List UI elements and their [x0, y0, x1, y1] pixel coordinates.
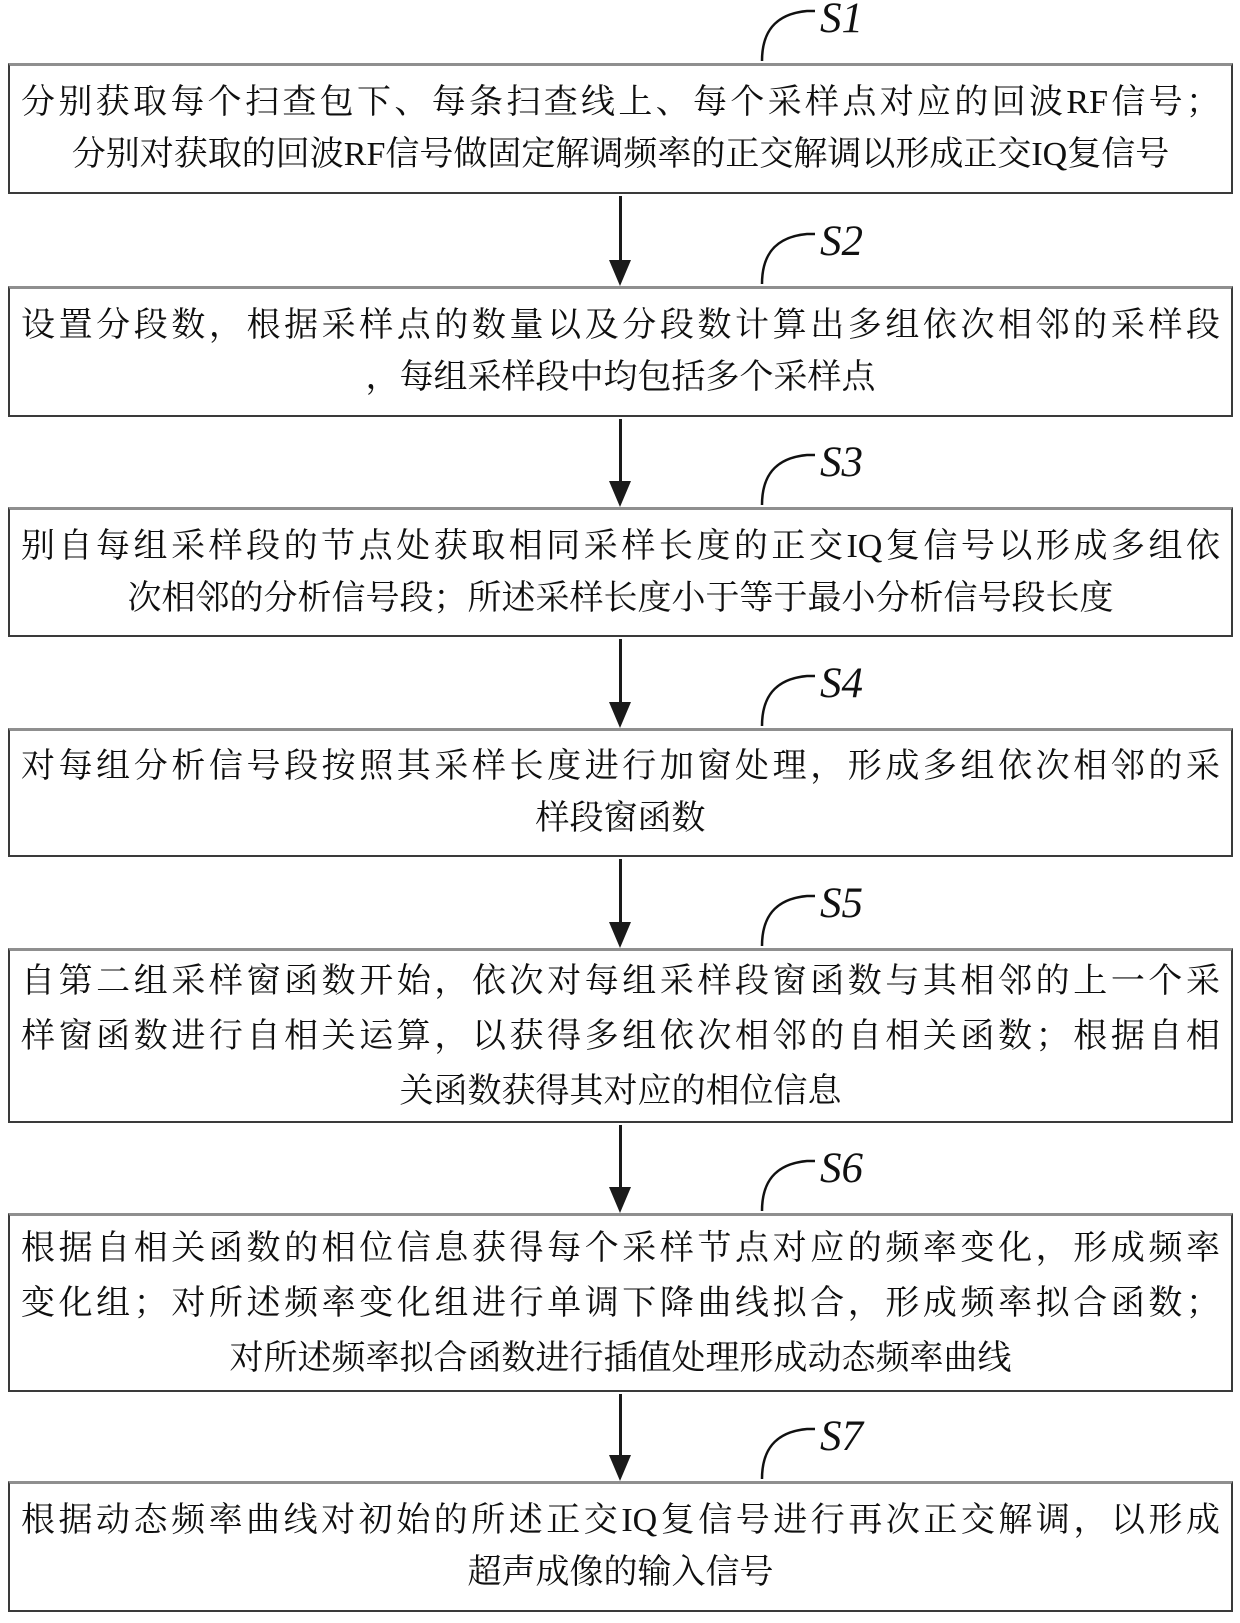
callout-s5: S5	[757, 890, 917, 948]
arrow-shaft	[619, 419, 622, 481]
arrow-shaft	[619, 859, 622, 922]
flow-arrow-s1-s2	[609, 196, 631, 286]
flow-box-s3-text: 别自每组采样段的节点处获取相同采样长度的正交IQ复信号以形成多组依次相邻的分析信…	[21, 521, 1220, 625]
callout-s7: S7	[757, 1423, 917, 1481]
flowchart-figure: S1 分别获取每个扫查包下、每条扫查线上、每个采样点对应的回波RF信号；分别对获…	[0, 0, 1240, 1623]
arrow-shaft	[619, 196, 622, 260]
callout-s1: S1	[757, 5, 917, 63]
flow-box-s1: 分别获取每个扫查包下、每条扫查线上、每个采样点对应的回波RF信号；分别对获取的回…	[8, 63, 1233, 194]
arrow-shaft	[619, 1125, 622, 1187]
flow-box-s5: 自第二组采样窗函数开始，依次对每组采样段窗函数与其相邻的上一个采样窗函数进行自相…	[8, 948, 1233, 1123]
callout-curve-icon	[757, 1155, 817, 1213]
callout-s3: S3	[757, 449, 917, 507]
flow-box-s2-text: 设置分段数，根据采样点的数量以及分段数计算出多组依次相邻的采样段，每组采样段中均…	[21, 300, 1220, 404]
flow-box-s4: 对每组分析信号段按照其采样长度进行加窗处理，形成多组依次相邻的采样段窗函数	[8, 728, 1233, 857]
flow-box-s1-text: 分别获取每个扫查包下、每条扫查线上、每个采样点对应的回波RF信号；分别对获取的回…	[21, 77, 1220, 181]
callout-curve-icon	[757, 5, 817, 63]
step-label-s3: S3	[820, 441, 863, 484]
step-label-s5: S5	[820, 882, 863, 925]
arrow-head-icon	[609, 481, 631, 507]
callout-curve-icon	[757, 1423, 817, 1481]
callout-s6: S6	[757, 1155, 917, 1213]
arrow-head-icon	[609, 1455, 631, 1481]
flow-arrow-s6-s7	[609, 1394, 631, 1481]
flow-box-s4-text: 对每组分析信号段按照其采样长度进行加窗处理，形成多组依次相邻的采样段窗函数	[21, 741, 1220, 845]
flow-arrow-s2-s3	[609, 419, 631, 507]
flow-box-s6-text: 根据自相关函数的相位信息获得每个采样节点对应的频率变化，形成频率变化组；对所述频…	[21, 1221, 1220, 1386]
arrow-head-icon	[609, 1187, 631, 1213]
arrow-head-icon	[609, 260, 631, 286]
flow-arrow-s4-s5	[609, 859, 631, 948]
arrow-head-icon	[609, 922, 631, 948]
flow-arrow-s3-s4	[609, 639, 631, 728]
callout-curve-icon	[757, 890, 817, 948]
callout-curve-icon	[757, 228, 817, 286]
flow-arrow-s5-s6	[609, 1125, 631, 1213]
arrow-shaft	[619, 1394, 622, 1455]
flow-box-s3: 别自每组采样段的节点处获取相同采样长度的正交IQ复信号以形成多组依次相邻的分析信…	[8, 507, 1233, 637]
step-label-s6: S6	[820, 1147, 863, 1190]
flow-box-s6: 根据自相关函数的相位信息获得每个采样节点对应的频率变化，形成频率变化组；对所述频…	[8, 1213, 1233, 1392]
callout-curve-icon	[757, 670, 817, 728]
step-label-s4: S4	[820, 662, 863, 705]
arrow-shaft	[619, 639, 622, 702]
flow-box-s7: 根据动态频率曲线对初始的所述正交IQ复信号进行再次正交解调，以形成超声成像的输入…	[8, 1481, 1233, 1612]
flow-box-s5-text: 自第二组采样窗函数开始，依次对每组采样段窗函数与其相邻的上一个采样窗函数进行自相…	[21, 954, 1220, 1119]
step-label-s2: S2	[820, 220, 863, 263]
callout-s4: S4	[757, 670, 917, 728]
flow-box-s7-text: 根据动态频率曲线对初始的所述正交IQ复信号进行再次正交解调，以形成超声成像的输入…	[21, 1495, 1220, 1599]
callout-curve-icon	[757, 449, 817, 507]
step-label-s1: S1	[820, 0, 863, 40]
flow-box-s2: 设置分段数，根据采样点的数量以及分段数计算出多组依次相邻的采样段，每组采样段中均…	[8, 286, 1233, 417]
arrow-head-icon	[609, 702, 631, 728]
callout-s2: S2	[757, 228, 917, 286]
step-label-s7: S7	[820, 1415, 863, 1458]
